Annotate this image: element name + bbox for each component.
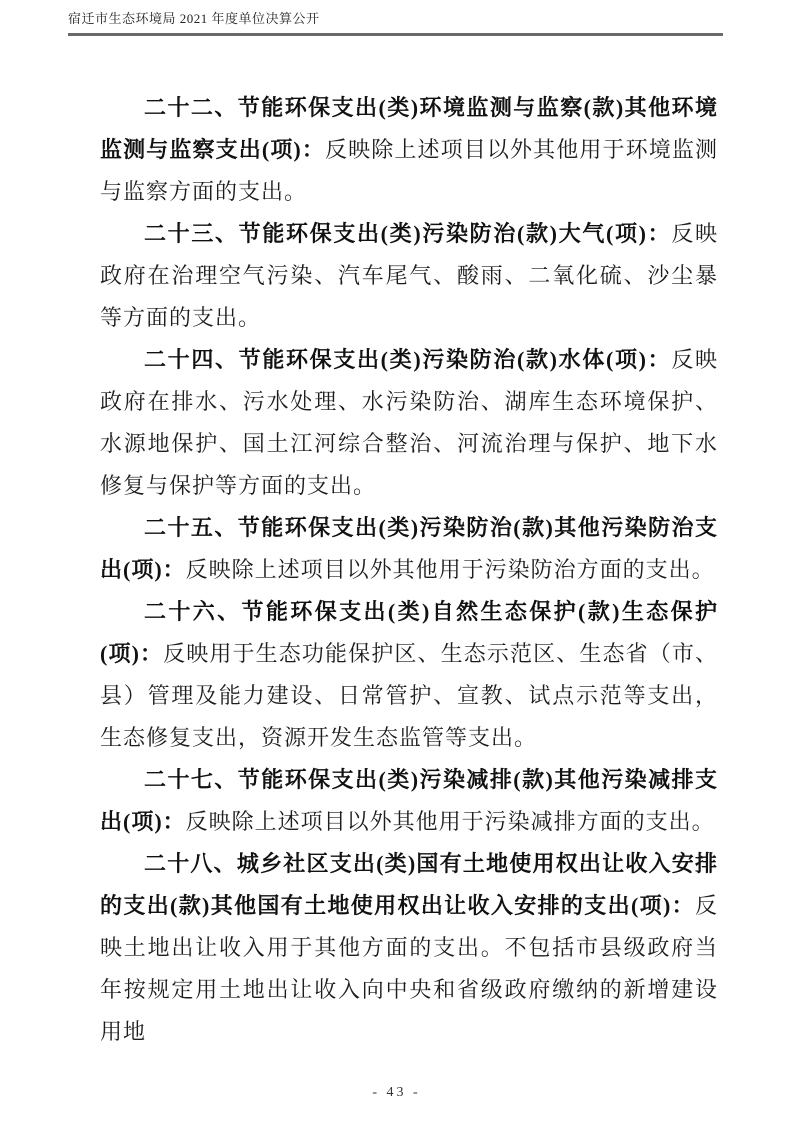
paragraph-heading: 二十四、节能环保支出(类)污染防治(款)水体(项)： [144, 347, 671, 372]
paragraph: 二十七、节能环保支出(类)污染减排(款)其他污染减排支出(项)：反映除上述项目以… [100, 759, 718, 843]
page-number: - 43 - [372, 1085, 420, 1100]
paragraph-body: 反映用于生态功能保护区、生态示范区、生态省（市、县）管理及能力建设、日常管护、宣… [100, 641, 718, 750]
document-page: 宿迁市生态环境局 2021 年度单位决算公开 二十二、节能环保支出(类)环境监测… [0, 0, 793, 1122]
paragraph: 二十五、节能环保支出(类)污染防治(款)其他污染防治支出(项)：反映除上述项目以… [100, 507, 718, 591]
paragraph-body: 反映除上述项目以外其他用于污染减排方面的支出。 [186, 809, 715, 834]
paragraph: 二十二、节能环保支出(类)环境监测与监察(款)其他环境监测与监察支出(项)：反映… [100, 87, 718, 213]
page-header: 宿迁市生态环境局 2021 年度单位决算公开 [68, 8, 723, 36]
paragraph: 二十四、节能环保支出(类)污染防治(款)水体(项)：反映政府在排水、污水处理、水… [100, 339, 718, 507]
paragraph-body: 反映除上述项目以外其他用于污染防治方面的支出。 [186, 557, 715, 582]
document-title: 宿迁市生态环境局 2021 年度单位决算公开 [68, 11, 320, 26]
paragraph: 二十三、节能环保支出(类)污染防治(款)大气(项)：反映政府在治理空气污染、汽车… [100, 213, 718, 339]
paragraph-heading: 二十三、节能环保支出(类)污染防治(款)大气(项)： [144, 221, 671, 246]
paragraph-heading: 二十八、城乡社区支出(类)国有土地使用权出让收入安排的支出(款)其他国有土地使用… [100, 851, 718, 918]
paragraph: 二十八、城乡社区支出(类)国有土地使用权出让收入安排的支出(款)其他国有土地使用… [100, 843, 718, 1053]
page-footer: - 43 - [0, 1083, 793, 1101]
paragraph: 二十六、节能环保支出(类)自然生态保护(款)生态保护(项)：反映用于生态功能保护… [100, 591, 718, 759]
document-body: 二十二、节能环保支出(类)环境监测与监察(款)其他环境监测与监察支出(项)：反映… [100, 87, 718, 1053]
